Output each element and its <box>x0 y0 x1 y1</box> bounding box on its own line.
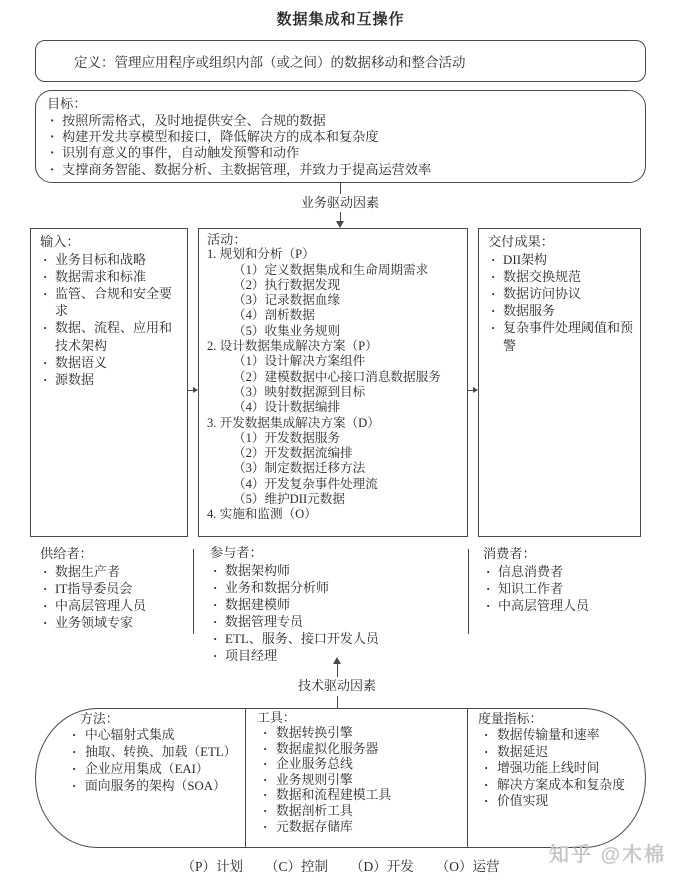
supplier-item: 中高层管理人员 <box>40 597 190 614</box>
goals-list: 按照所需格式，及时地提供安全、合规的数据构建开发共享模型和接口，降低解决方的成本… <box>47 113 635 179</box>
technical-driver-line-upper <box>337 664 338 677</box>
activity-substep: （3）记录数据血缘 <box>207 293 462 308</box>
activity-substep: （3）制定数据迁移方法 <box>207 461 462 476</box>
activity-group-title: 4. 实施和监测（O） <box>207 507 462 522</box>
goal-item: 构建开发共享模型和接口，降低解决方的成本和复杂度 <box>47 129 635 145</box>
tools-list: 数据转换引擎数据虚拟化服务器企业服务总线业务规则引擎数据和流程建模工具数据剖析工… <box>257 726 459 835</box>
legend-item: （D）开发 <box>350 855 414 875</box>
inputs-box: 输入： 业务目标和战略数据需求和标准监管、合规和安全要求数据、流程、应用和技术架… <box>30 228 188 537</box>
inputs-list: 业务目标和战略数据需求和标准监管、合规和安全要求数据、流程、应用和技术架构数据语… <box>40 251 181 389</box>
technical-driver-line-lower <box>337 696 338 708</box>
activity-group: 1. 规划和分析（P） （1）定义数据集成和生命周期需求（2）执行数据发现（3）… <box>207 247 462 339</box>
definition-text: 定义：管理应用程序或组织内部（或之间）的数据移动和整合活动 <box>74 51 466 71</box>
suppliers-list: 数据生产者IT指导委员会中高层管理人员业务领域专家 <box>40 563 190 631</box>
metrics-heading: 度量指标： <box>478 711 640 727</box>
metric-item: 解决方案成本和复杂度 <box>478 777 640 794</box>
activity-substep: （5）收集业务规则 <box>207 324 462 339</box>
context-diagram-canvas: 数据集成和互操作 定义：管理应用程序或组织内部（或之间）的数据移动和整合活动 目… <box>0 0 681 880</box>
consumer-item: 知识工作者 <box>483 580 643 597</box>
metric-item: 增强功能上线时间 <box>478 760 640 777</box>
activity-substep: （1）定义数据集成和生命周期需求 <box>207 263 462 278</box>
activity-substep: （1）设计解决方案组件 <box>207 354 462 369</box>
deliverables-box: 交付成果： DII架构数据交换规范数据访问协议数据服务复杂事件处理阈值和预警 <box>478 228 641 537</box>
tools-column: 工具： 数据转换引擎数据虚拟化服务器企业服务总线业务规则引擎数据和流程建模工具数… <box>257 710 459 835</box>
tool-item: 数据转换引擎 <box>257 726 459 742</box>
bottom-divider-right <box>467 708 468 847</box>
suppliers-column: 供给者： 数据生产者IT指导委员会中高层管理人员业务领域专家 <box>40 546 190 631</box>
tools-heading: 工具： <box>257 710 459 726</box>
method-item: 企业应用集成（EAI） <box>66 761 242 778</box>
metrics-column: 度量指标： 数据传输量和速率数据延迟增强功能上线时间解决方案成本和复杂度价值实现 <box>478 711 640 810</box>
participant-item: 业务和数据分析师 <box>210 579 465 596</box>
activity-substep-list: （1）开发数据服务（2）开发数据流编排（3）制定数据迁移方法（4）开发复杂事件处… <box>207 431 462 507</box>
activity-group: 3. 开发数据集成解决方案（D） （1）开发数据服务（2）开发数据流编排（3）制… <box>207 416 462 508</box>
tool-item: 元数据存储库 <box>257 820 459 836</box>
metrics-list: 数据传输量和速率数据延迟增强功能上线时间解决方案成本和复杂度价值实现 <box>478 727 640 810</box>
activity-substep: （5）维护DII元数据 <box>207 492 462 507</box>
arrow-right-icon <box>193 387 198 393</box>
activity-group: 2. 设计数据集成解决方案（P） （1）设计解决方案组件（2）建模数据中心接口消… <box>207 339 462 415</box>
goals-box: 目标： 按照所需格式，及时地提供安全、合规的数据构建开发共享模型和接口，降低解决… <box>35 90 646 183</box>
activity-group: 4. 实施和监测（O） <box>207 507 462 522</box>
deliverable-item: 数据访问协议 <box>488 285 635 302</box>
consumer-item: 中高层管理人员 <box>483 597 643 614</box>
activity-group-title: 3. 开发数据集成解决方案（D） <box>207 416 462 431</box>
participants-list: 数据架构师业务和数据分析师数据建模师数据管理专员ETL、服务、接口开发人员项目经… <box>210 562 465 664</box>
arrow-up-icon <box>333 657 341 664</box>
participant-item: 数据管理专员 <box>210 613 465 630</box>
method-item: 抽取、转换、加载（ETL） <box>66 744 242 761</box>
participants-column: 参与者： 数据架构师业务和数据分析师数据建模师数据管理专员ETL、服务、接口开发… <box>210 545 465 664</box>
supplier-item: IT指导委员会 <box>40 580 190 597</box>
tool-item: 业务规则引擎 <box>257 773 459 789</box>
tool-item: 数据和流程建模工具 <box>257 788 459 804</box>
technical-driver-label: 技术驱动因素 <box>267 678 407 694</box>
activity-substep: （2）建模数据中心接口消息数据服务 <box>207 370 462 385</box>
arrow-right-icon <box>473 387 478 393</box>
input-item: 数据语义 <box>40 354 181 371</box>
tool-item: 企业服务总线 <box>257 757 459 773</box>
activity-substep: （2）执行数据发现 <box>207 278 462 293</box>
deliverable-item: 复杂事件处理阈值和预警 <box>488 319 635 353</box>
activity-substep: （4）剖析数据 <box>207 308 462 323</box>
activity-group-title: 2. 设计数据集成解决方案（P） <box>207 339 462 354</box>
consumers-column: 消费者： 信息消费者知识工作者中高层管理人员 <box>483 546 643 614</box>
metric-item: 数据延迟 <box>478 744 640 761</box>
input-item: 业务目标和战略 <box>40 251 181 268</box>
consumers-list: 信息消费者知识工作者中高层管理人员 <box>483 563 643 614</box>
supplier-item: 业务领域专家 <box>40 614 190 631</box>
input-item: 源数据 <box>40 371 181 388</box>
methods-list: 中心辐射式集成抽取、转换、加载（ETL）企业应用集成（EAI）面向服务的架构（S… <box>66 727 242 795</box>
legend-item: （O）运营 <box>436 855 500 875</box>
definition-box: 定义：管理应用程序或组织内部（或之间）的数据移动和整合活动 <box>35 40 646 82</box>
activity-substep: （4）设计数据编排 <box>207 400 462 415</box>
goal-item: 支撑商务智能、数据分析、主数据管理，并致力于提高运营效率 <box>47 162 635 178</box>
methods-column: 方法： 中心辐射式集成抽取、转换、加载（ETL）企业应用集成（EAI）面向服务的… <box>66 711 242 795</box>
inputs-heading: 输入： <box>40 234 181 251</box>
supplier-item: 数据生产者 <box>40 563 190 580</box>
tool-item: 数据虚拟化服务器 <box>257 742 459 758</box>
activity-substep: （2）开发数据流编排 <box>207 446 462 461</box>
diagram-title: 数据集成和互操作 <box>0 8 681 29</box>
activities-box: 活动： 1. 规划和分析（P） （1）定义数据集成和生命周期需求（2）执行数据发… <box>198 228 468 537</box>
goal-item: 识别有意义的事件，自动触发预警和动作 <box>47 145 635 161</box>
activity-substep-list: （1）定义数据集成和生命周期需求（2）执行数据发现（3）记录数据血缘（4）剖析数… <box>207 263 462 339</box>
input-item: 监管、合规和安全要求 <box>40 285 181 319</box>
methods-heading: 方法： <box>80 711 242 727</box>
roles-divider-right <box>468 549 469 634</box>
metric-item: 价值实现 <box>478 793 640 810</box>
participant-item: ETL、服务、接口开发人员 <box>210 630 465 647</box>
activity-substep: （4）开发复杂事件处理流 <box>207 477 462 492</box>
roles-divider-left <box>193 549 194 634</box>
goal-item: 按照所需格式，及时地提供安全、合规的数据 <box>47 113 635 129</box>
business-driver-line-upper <box>340 183 341 194</box>
method-item: 中心辐射式集成 <box>66 727 242 744</box>
goals-heading: 目标： <box>47 96 635 113</box>
zhihu-watermark: 知乎 @木棉 <box>549 838 666 867</box>
consumer-item: 信息消费者 <box>483 563 643 580</box>
consumers-heading: 消费者： <box>483 546 643 563</box>
deliverables-list: DII架构数据交换规范数据访问协议数据服务复杂事件处理阈值和预警 <box>488 251 635 354</box>
activities-heading: 活动： <box>207 232 462 247</box>
activity-substep-list: （1）设计解决方案组件（2）建模数据中心接口消息数据服务（3）映射数据源到目标（… <box>207 354 462 415</box>
deliverables-heading: 交付成果： <box>488 234 635 251</box>
deliverable-item: 数据交换规范 <box>488 268 635 285</box>
business-driver-label: 业务驱动因素 <box>270 195 410 211</box>
legend-item: （P）计划 <box>181 855 243 875</box>
method-item: 面向服务的架构（SOA） <box>66 778 242 795</box>
participants-heading: 参与者： <box>210 545 465 562</box>
activities-groups: 1. 规划和分析（P） （1）定义数据集成和生命周期需求（2）执行数据发现（3）… <box>207 247 462 522</box>
input-item: 数据、流程、应用和技术架构 <box>40 319 181 353</box>
activity-group-title: 1. 规划和分析（P） <box>207 247 462 262</box>
input-item: 数据需求和标准 <box>40 268 181 285</box>
metric-item: 数据传输量和速率 <box>478 727 640 744</box>
legend-item: （C）控制 <box>265 855 328 875</box>
deliverable-item: 数据服务 <box>488 302 635 319</box>
deliverable-item: DII架构 <box>488 251 635 268</box>
suppliers-heading: 供给者： <box>40 546 190 563</box>
bottom-divider-left <box>245 708 246 847</box>
participant-item: 数据建模师 <box>210 596 465 613</box>
participant-item: 数据架构师 <box>210 562 465 579</box>
activity-substep: （1）开发数据服务 <box>207 431 462 446</box>
activity-substep: （3）映射数据源到目标 <box>207 385 462 400</box>
tool-item: 数据剖析工具 <box>257 804 459 820</box>
arrow-down-icon <box>336 221 344 228</box>
